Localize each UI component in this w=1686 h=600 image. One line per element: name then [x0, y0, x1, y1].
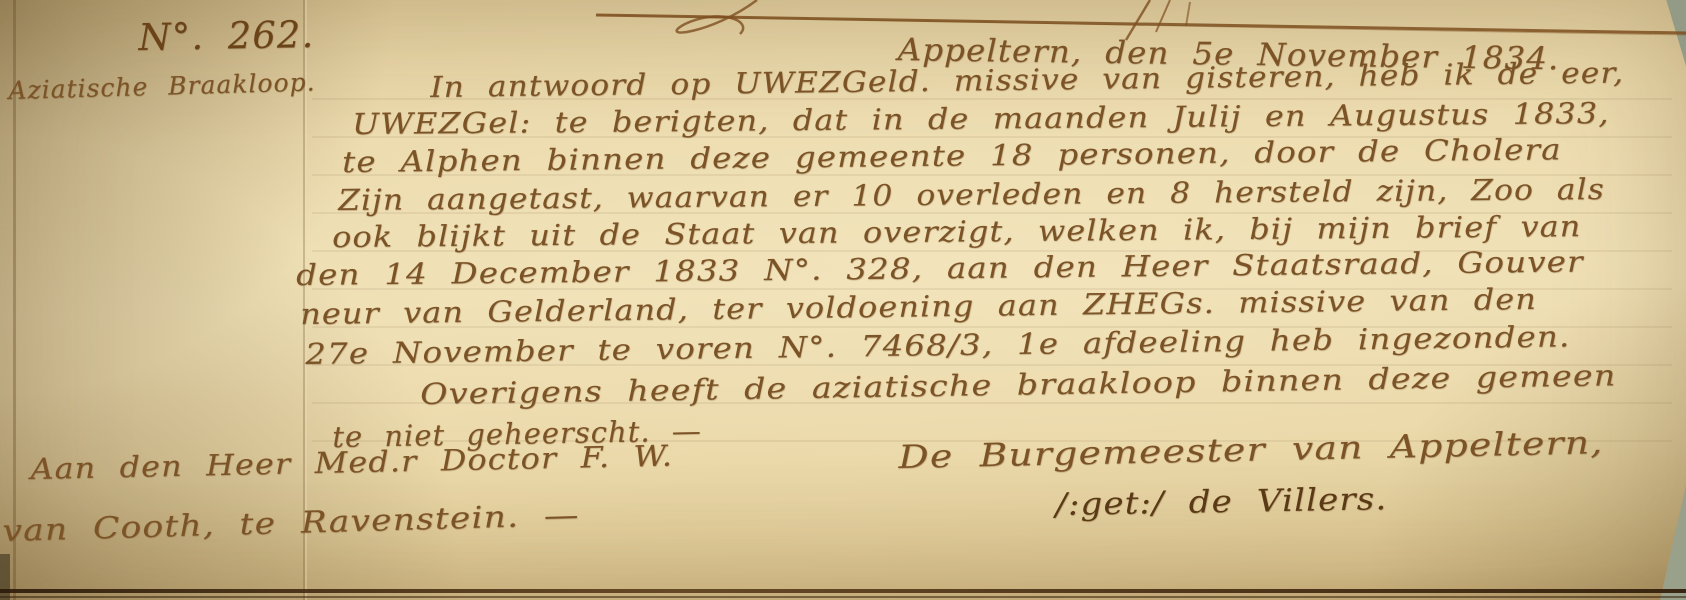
page-shadow-bottom-left: [0, 554, 10, 600]
addressee-line: Aan den Heer Med.r Doctor F. W.: [30, 439, 673, 486]
signature-line: /:get:/ de Villers.: [1055, 481, 1388, 523]
bottom-page-edge-rule-thin: [0, 596, 1686, 598]
addressee-line: van Cooth, te Ravenstein. —: [2, 498, 580, 549]
margin-entry-number: N°. 262.: [138, 13, 315, 59]
bottom-page-edge-rule: [0, 589, 1686, 593]
letter-scan-page: N°. 262. Aziatische Braakloop. Appeltern…: [0, 0, 1686, 600]
margin-subject-label: Aziatische Braakloop.: [8, 67, 316, 105]
table-background-sliver-bottom-right: [1660, 485, 1686, 600]
